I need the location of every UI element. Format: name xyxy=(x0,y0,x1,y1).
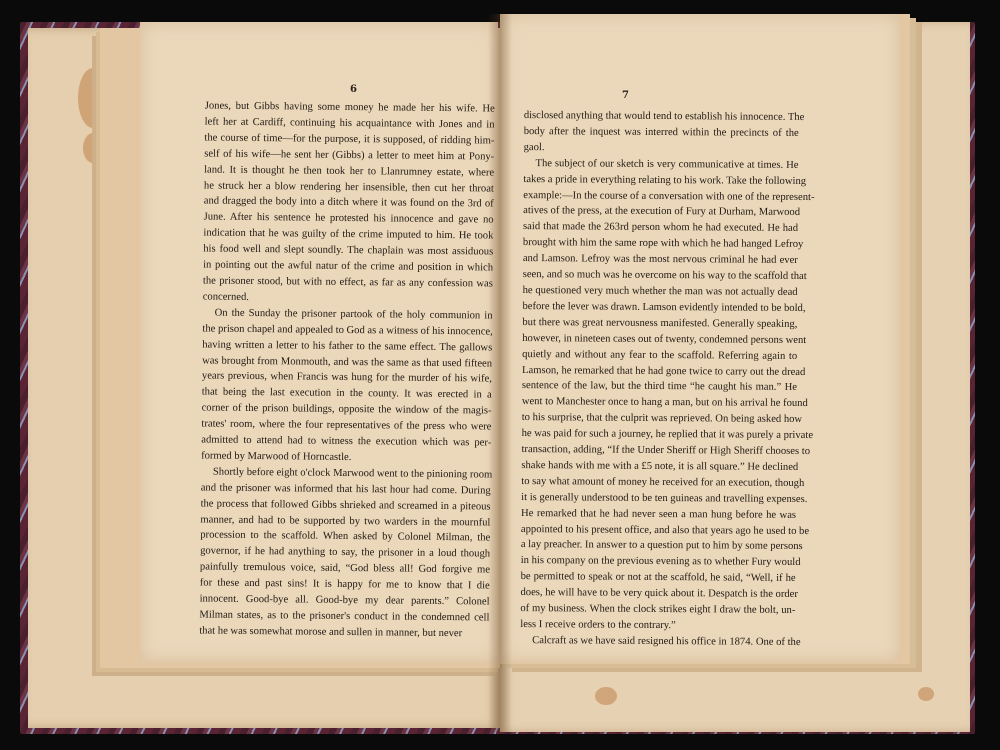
page-number: 7 xyxy=(622,90,629,101)
text-line: be permitted to speak or not at the scaf… xyxy=(521,569,796,587)
text-line: takes a pride in everything relating to … xyxy=(523,172,798,190)
text-line: appointed to his present office, and als… xyxy=(521,522,796,540)
text-line: gaol. xyxy=(524,140,799,158)
text-line: of my business. When the clock strikes e… xyxy=(520,601,795,619)
foxing-stain xyxy=(912,187,920,201)
foxing-stain xyxy=(918,687,934,701)
text-line: it is generally understood to be ten gui… xyxy=(521,490,796,508)
text-line: before the lever was drawn. Lamson evide… xyxy=(522,299,797,317)
text-line: Calcraft as we have said resigned his of… xyxy=(520,633,795,651)
text-line: The subject of our sketch is very commun… xyxy=(523,156,798,174)
text-line: atives of the press, at the execution of… xyxy=(523,203,798,221)
book-gutter xyxy=(488,14,512,732)
text-line: he questioned very much whether the man … xyxy=(523,283,798,301)
text-line: but there was great nervousness manifest… xyxy=(522,315,797,333)
text-line: went to Manchester once to hang a man, b… xyxy=(522,394,797,412)
text-line: shake hands with me with a £5 note, it i… xyxy=(521,458,796,476)
text-line: body after the inquest was interred with… xyxy=(524,124,799,142)
left-page-text: Jones, but Gibbs having some money he ma… xyxy=(199,98,495,642)
right-page-text: disclosed anything that would tend to es… xyxy=(520,108,799,651)
text-line: sentence of the law, but the third time … xyxy=(522,378,797,396)
right-page: 7 disclosed anything that would tend to … xyxy=(502,14,900,662)
text-line: example:—In the course of a conversation… xyxy=(523,188,798,206)
text-line: does, he will have to be very quick abou… xyxy=(520,585,795,603)
text-line: transaction, adding, “If the Under Sheri… xyxy=(521,442,796,460)
text-line: He remarked that he had never seen a man… xyxy=(521,506,796,524)
text-line: less I receive orders to the contrary.” xyxy=(520,617,795,635)
text-line: seen, and so much was he overcome on his… xyxy=(523,267,798,285)
text-line: he was paid for such a journey, he repli… xyxy=(522,426,797,444)
text-line: brought with him the same rope with whic… xyxy=(523,235,798,253)
text-line: to his surprise, that the culprit was re… xyxy=(522,410,797,428)
text-line: a lay preacher. In answer to a question … xyxy=(521,538,796,556)
text-line: however, in nineteen cases out of twenty… xyxy=(522,331,797,349)
text-line: and Lamson. Lefroy was the most nervous … xyxy=(523,251,798,269)
text-line: to say what amount of money he received … xyxy=(521,474,796,492)
text-line: said that made the 263rd person whom he … xyxy=(523,219,798,237)
page-number: 6 xyxy=(350,84,357,95)
text-line: in his company on the previous evening a… xyxy=(521,553,796,571)
left-page: 6 Jones, but Gibbs having some money he … xyxy=(140,22,498,662)
text-line: quietly and without any fear to the scaf… xyxy=(522,347,797,365)
foxing-stain xyxy=(595,687,617,705)
text-line: disclosed anything that would tend to es… xyxy=(524,108,799,126)
text-line: Lamson, he remarked that he had gone twi… xyxy=(522,363,797,381)
text-line: that he was somewhat morose and sullen i… xyxy=(199,623,489,642)
